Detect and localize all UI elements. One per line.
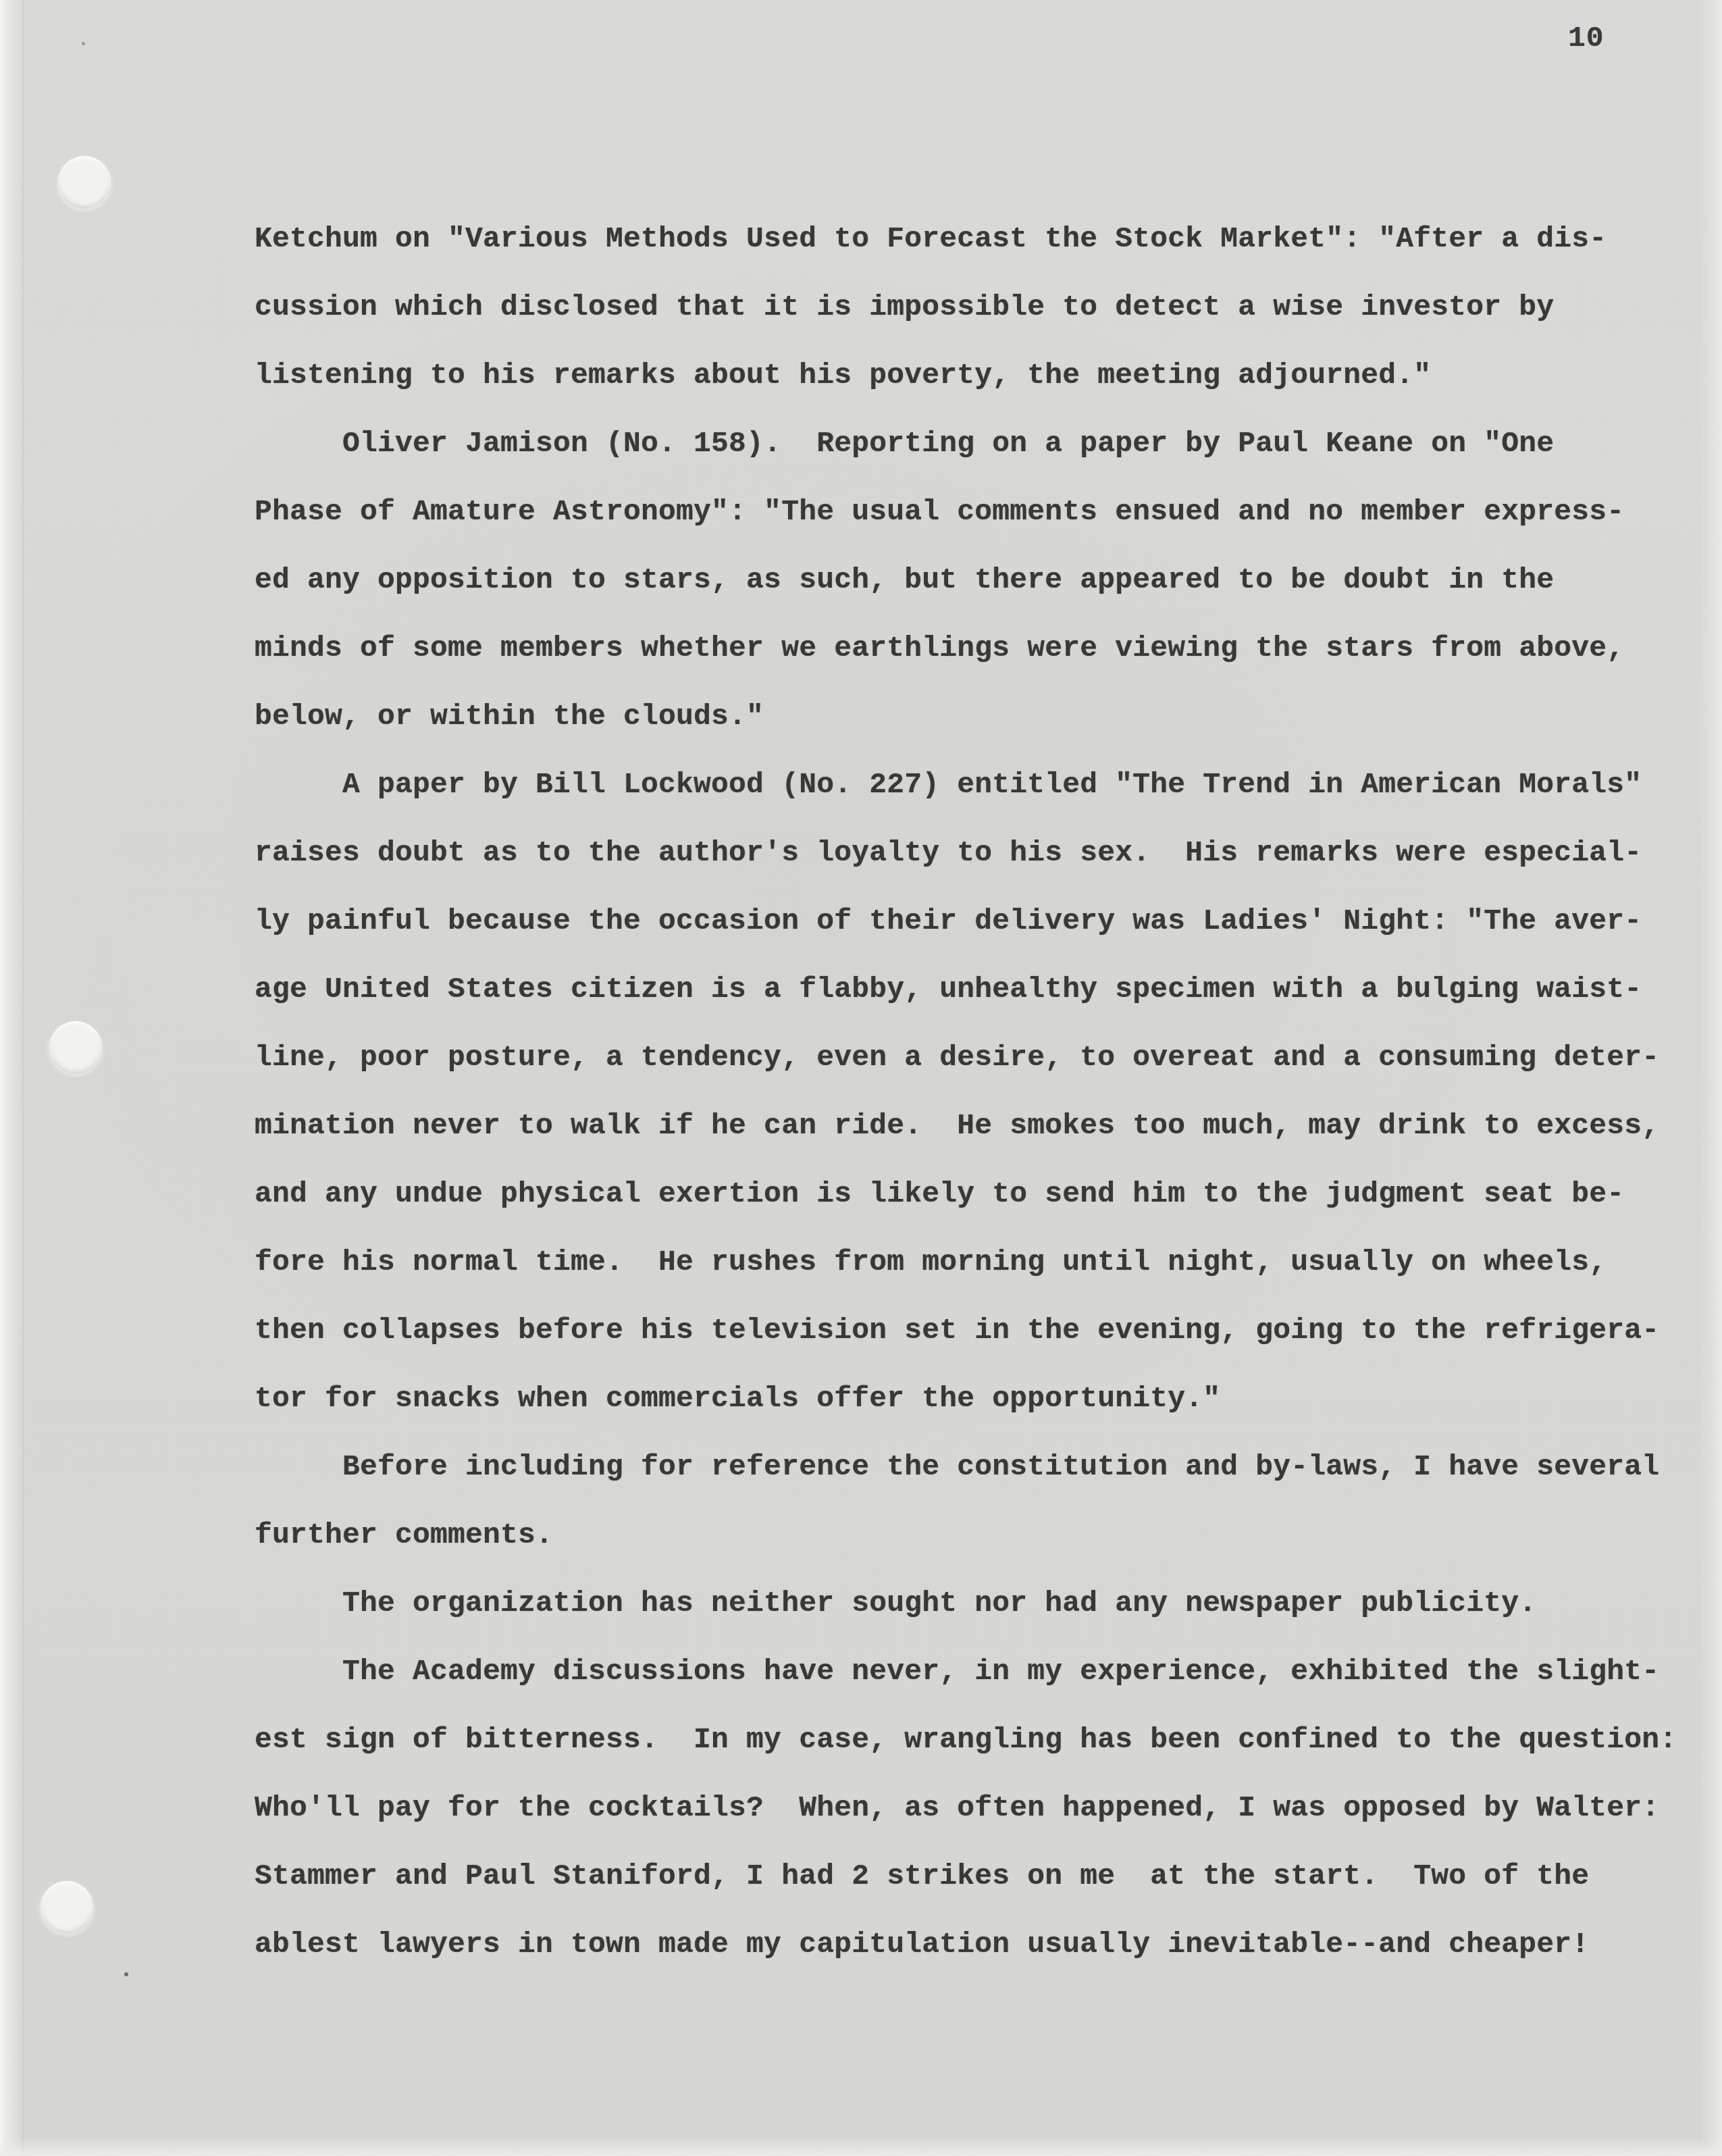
text-line: Before including for reference the const… bbox=[255, 1433, 1700, 1501]
text-line: est sign of bitterness. In my case, wran… bbox=[255, 1705, 1700, 1774]
text-line: Phase of Amature Astronomy": "The usual … bbox=[255, 478, 1700, 546]
text-line: A paper by Bill Lockwood (No. 227) entit… bbox=[255, 750, 1700, 819]
text-line: further comments. bbox=[255, 1501, 1700, 1569]
text-line: Stammer and Paul Staniford, I had 2 stri… bbox=[255, 1842, 1700, 1910]
hole-punch bbox=[49, 1021, 102, 1074]
text-line: ablest lawyers in town made my capitulat… bbox=[255, 1910, 1700, 1978]
typewritten-text-block: Ketchum on "Various Methods Used to Fore… bbox=[255, 205, 1700, 1978]
hole-punch bbox=[58, 156, 111, 209]
text-line: fore his normal time. He rushes from mor… bbox=[255, 1228, 1700, 1296]
text-line: The organization has neither sought nor … bbox=[255, 1569, 1700, 1637]
text-line: below, or within the clouds." bbox=[255, 682, 1700, 750]
text-line: tor for snacks when commercials offer th… bbox=[255, 1364, 1700, 1433]
text-line: Ketchum on "Various Methods Used to Fore… bbox=[255, 205, 1700, 273]
text-line: listening to his remarks about his pover… bbox=[255, 341, 1700, 409]
text-line: age United States citizen is a flabby, u… bbox=[255, 955, 1700, 1023]
scan-edge-bottom bbox=[0, 2137, 1722, 2156]
text-line: ed any opposition to stars, as such, but… bbox=[255, 546, 1700, 614]
scan-edge-right bbox=[1700, 0, 1722, 2156]
document-page: 10 Ketchum on "Various Methods Used to F… bbox=[0, 0, 1722, 2156]
text-line: mination never to walk if he can ride. H… bbox=[255, 1092, 1700, 1160]
text-line: cussion which disclosed that it is impos… bbox=[255, 273, 1700, 341]
text-line: The Academy discussions have never, in m… bbox=[255, 1637, 1700, 1705]
scan-edge-left-line bbox=[22, 0, 24, 2156]
text-line: ly painful because the occasion of their… bbox=[255, 887, 1700, 955]
text-line: then collapses before his television set… bbox=[255, 1296, 1700, 1364]
text-line: and any undue physical exertion is likel… bbox=[255, 1160, 1700, 1228]
text-line: Who'll pay for the cocktails? When, as o… bbox=[255, 1774, 1700, 1842]
page-number: 10 bbox=[1568, 22, 1604, 55]
paper-speck bbox=[124, 1972, 128, 1976]
text-line: Oliver Jamison (No. 158). Reporting on a… bbox=[255, 409, 1700, 478]
hole-punch bbox=[41, 1881, 93, 1934]
scan-edge-left bbox=[0, 0, 23, 2156]
text-line: minds of some members whether we earthli… bbox=[255, 614, 1700, 682]
paper-speck bbox=[82, 42, 85, 45]
text-line: line, poor posture, a tendency, even a d… bbox=[255, 1023, 1700, 1092]
text-line: raises doubt as to the author's loyalty … bbox=[255, 819, 1700, 887]
